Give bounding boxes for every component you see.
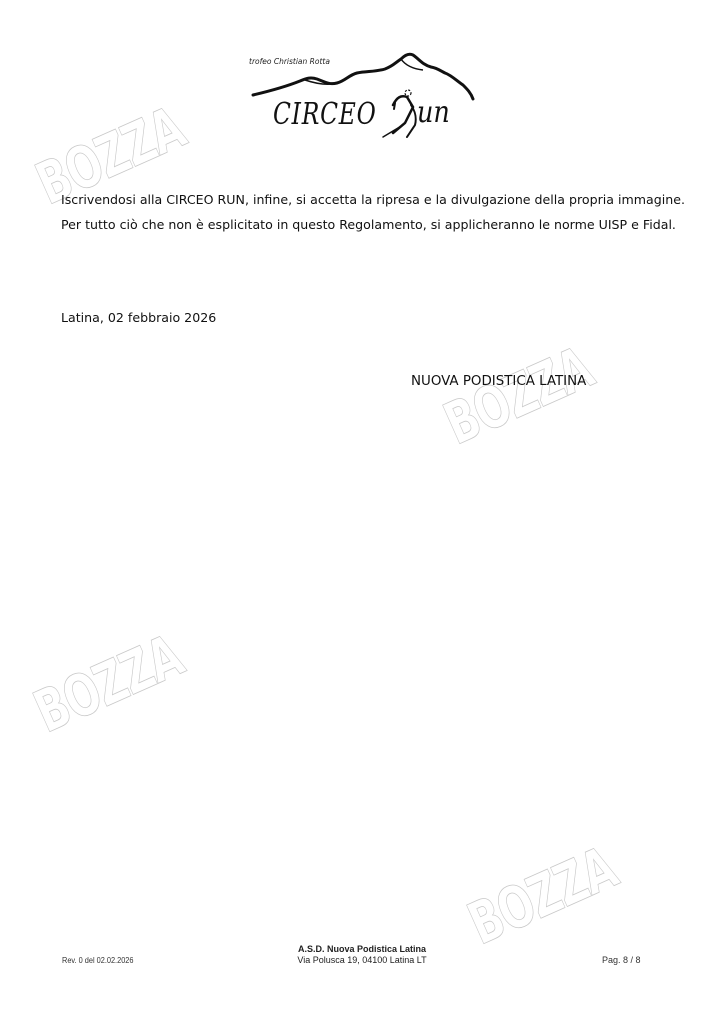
draft-watermark: BOZZA: [434, 334, 601, 458]
document-page: BOZZA BOZZA BOZZA BOZZA trofeo Christian…: [0, 0, 724, 1024]
draft-watermark: BOZZA: [24, 622, 191, 746]
footer-organization-name: A.S.D. Nuova Podistica Latina: [240, 944, 484, 955]
logo-subtitle: trofeo Christian Rotta: [249, 57, 330, 66]
paragraph-rules-reference: Per tutto ciò che non è esplicitato in q…: [61, 217, 676, 232]
draft-watermark: BOZZA: [458, 834, 625, 958]
footer-revision: Rev. 0 del 02.02.2026: [62, 956, 133, 965]
footer-organization-block: A.S.D. Nuova Podistica Latina Via Polusc…: [240, 944, 484, 966]
circeo-run-logo: trofeo Christian Rotta CIRCEO un: [245, 45, 480, 140]
logo-title-circeo: CIRCEO: [273, 97, 377, 132]
logo-title-run: un: [417, 95, 450, 130]
footer-address: Via Polusca 19, 04100 Latina LT: [240, 955, 484, 966]
paragraph-image-consent: Iscrivendosi alla CIRCEO RUN, infine, si…: [61, 192, 685, 207]
footer-page-number: Pag. 8 / 8: [602, 955, 641, 965]
date-line: Latina, 02 febbraio 2026: [61, 310, 216, 325]
signature-organization: NUOVA PODISTICA LATINA: [411, 374, 586, 389]
